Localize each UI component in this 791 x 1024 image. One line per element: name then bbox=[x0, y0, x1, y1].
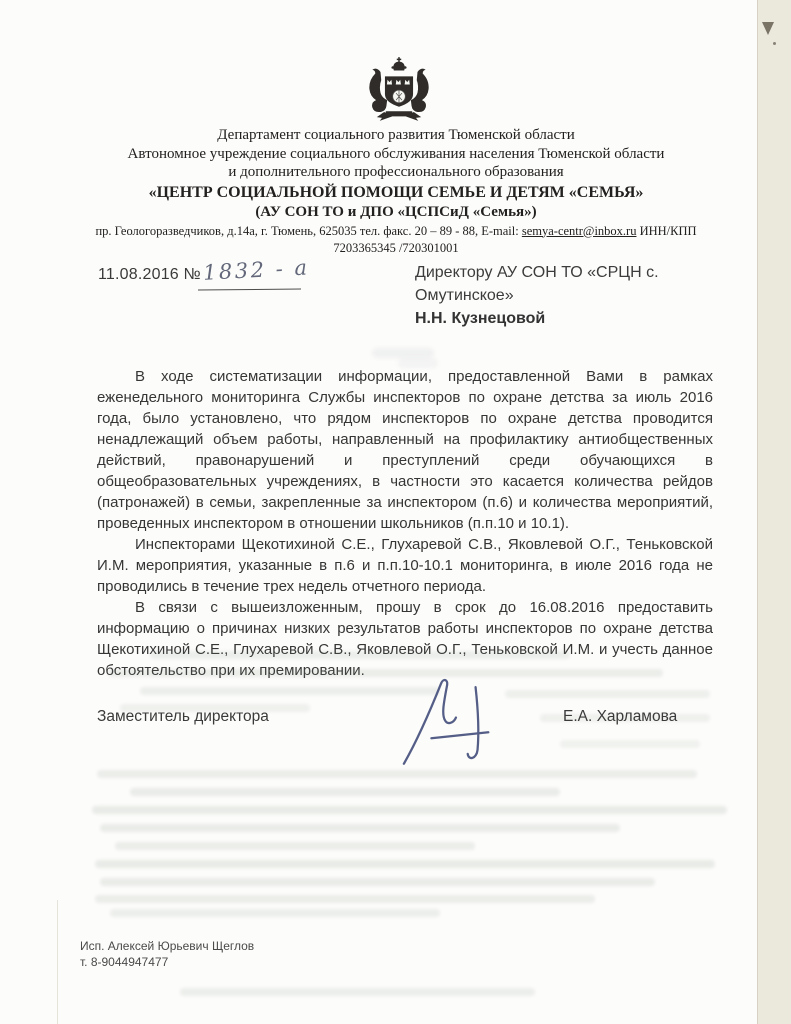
letterhead-department: Департамент социального развития Тюменск… bbox=[60, 126, 732, 145]
ghost-line bbox=[140, 687, 440, 695]
ghost-line bbox=[115, 842, 475, 850]
ghost-line bbox=[180, 988, 535, 996]
handwritten-document-number: 1832 - а bbox=[202, 255, 313, 285]
ghost-line bbox=[130, 788, 560, 796]
letterhead-institution: Автономное учреждение социального обслуж… bbox=[60, 145, 732, 164]
recipient-line1: Директору АУ СОН ТО «СРЦН с. bbox=[415, 261, 715, 284]
letterhead-short-name: (АУ СОН ТО и ДПО «ЦСПСиД «Семья») bbox=[60, 203, 732, 222]
ghost-line bbox=[560, 740, 700, 748]
email-link: semya-centr@inbox.ru bbox=[522, 224, 637, 238]
ghost-line bbox=[97, 770, 697, 778]
ghost-line bbox=[505, 690, 710, 698]
ghost-line bbox=[95, 895, 595, 903]
recipient-block: Директору АУ СОН ТО «СРЦН с. Омутинское»… bbox=[415, 261, 715, 330]
letterhead-center-name: «ЦЕНТР СОЦИАЛЬНОЙ ПОМОЩИ СЕМЬЕ И ДЕТЯМ «… bbox=[60, 183, 732, 203]
ghost-line bbox=[92, 806, 727, 814]
ghost-line bbox=[150, 651, 570, 659]
letterhead: Департамент социального развития Тюменск… bbox=[60, 126, 732, 256]
ghost-line bbox=[110, 909, 440, 917]
executor-name: Исп. Алексей Юрьевич Щеглов bbox=[80, 938, 254, 954]
tyumen-coat-of-arms-icon bbox=[362, 57, 436, 121]
signer-position: Заместитель директора bbox=[97, 708, 269, 726]
contacts-inn-label: ИНН/КПП bbox=[636, 224, 696, 238]
recipient-line2: Омутинское» bbox=[415, 284, 715, 307]
scan-artifact-dot bbox=[773, 42, 776, 45]
scanned-letter-page: Департамент социального развития Тюменск… bbox=[0, 0, 791, 1024]
handwritten-signature bbox=[398, 674, 506, 770]
letterhead-inn-kpp: 7203365345 /720301001 bbox=[60, 241, 732, 256]
letterhead-education: и дополнительного профессионального обра… bbox=[60, 163, 732, 182]
executor-phone: т. 8-9044947477 bbox=[80, 954, 254, 970]
scanner-edge-strip bbox=[757, 0, 791, 1024]
signer-name: Е.А. Харламова bbox=[563, 708, 677, 726]
paragraph-2: Инспекторами Щекотихиной С.Е., Глухарево… bbox=[97, 534, 713, 597]
letterhead-contacts: пр. Геологоразведчиков, д.14а, г. Тюмень… bbox=[60, 224, 732, 239]
ghost-line bbox=[100, 878, 655, 886]
recipient-name: Н.Н. Кузнецовой bbox=[415, 307, 715, 330]
paragraph-1: В ходе систематизации информации, предос… bbox=[97, 366, 713, 534]
number-underline bbox=[198, 288, 301, 290]
contacts-address: пр. Геологоразведчиков, д.14а, г. Тюмень… bbox=[95, 224, 521, 238]
ghost-line bbox=[100, 824, 620, 832]
ghost-line bbox=[108, 669, 663, 677]
ghost-line bbox=[95, 860, 715, 868]
scan-artifact-mark bbox=[762, 22, 774, 35]
executor-block: Исп. Алексей Юрьевич Щеглов т. 8-9044947… bbox=[80, 938, 254, 970]
paper-fold-line bbox=[57, 900, 58, 1024]
letter-body: В ходе систематизации информации, предос… bbox=[97, 366, 713, 681]
date-number-line: 11.08.2016 № bbox=[98, 266, 201, 284]
pencil-smudge bbox=[372, 348, 434, 358]
